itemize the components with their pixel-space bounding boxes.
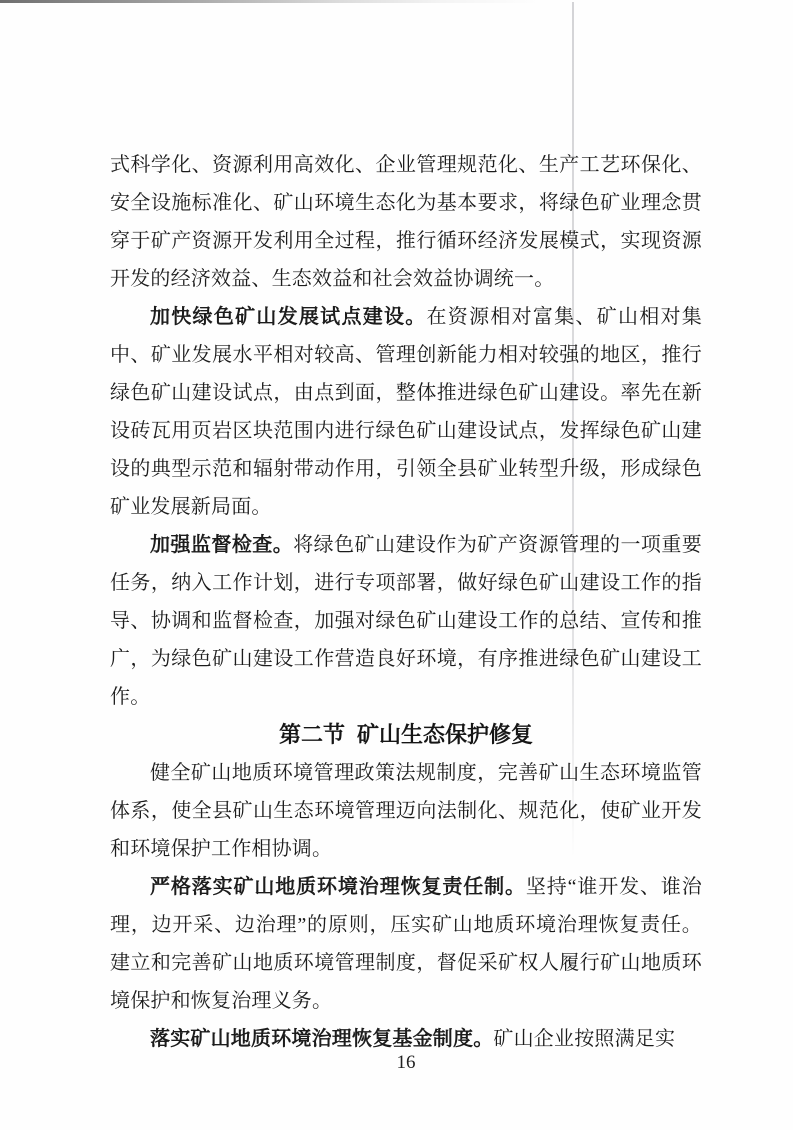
paragraph-text: 健全矿山地质环境管理政策法规制度，完善矿山生态环境监管体系，使全县矿山生态环境管… bbox=[110, 762, 702, 860]
section-heading-title: 矿山生态保护修复 bbox=[357, 722, 533, 747]
section-heading: 第二节矿山生态保护修复 bbox=[110, 716, 702, 754]
body-paragraph: 加快绿色矿山发展试点建设。在资源相对富集、矿山相对集中、矿业发展水平相对较高、管… bbox=[110, 298, 702, 526]
text-column: 式科学化、资源利用高效化、企业管理规范化、生产工艺环保化、安全设施标准化、矿山环… bbox=[110, 146, 702, 1058]
body-paragraph: 健全矿山地质环境管理政策法规制度，完善矿山生态环境监管体系，使全县矿山生态环境管… bbox=[110, 754, 702, 868]
paragraph-lead: 落实矿山地质环境治理恢复基金制度。 bbox=[150, 1028, 493, 1050]
paragraph-text: 在资源相对富集、矿山相对集中、矿业发展水平相对较高、管理创新能力相对较强的地区，… bbox=[110, 306, 702, 518]
body-paragraph: 加强监督检查。将绿色矿山建设作为矿产资源管理的一项重要任务，纳入工作计划，进行专… bbox=[110, 526, 702, 716]
paragraph-lead: 加强监督检查。 bbox=[150, 534, 293, 556]
paragraph-text: 式科学化、资源利用高效化、企业管理规范化、生产工艺环保化、安全设施标准化、矿山环… bbox=[110, 154, 702, 290]
paragraph-lead: 严格落实矿山地质环境治理恢复责任制。 bbox=[150, 876, 526, 898]
page-number: 16 bbox=[110, 1048, 702, 1078]
document-page: 式科学化、资源利用高效化、企业管理规范化、生产工艺环保化、安全设施标准化、矿山环… bbox=[0, 0, 793, 1130]
scan-artifact-top-edge bbox=[0, 0, 540, 3]
paragraph-text: 将绿色矿山建设作为矿产资源管理的一项重要任务，纳入工作计划，进行专项部署，做好绿… bbox=[110, 534, 702, 708]
section-heading-number: 第二节 bbox=[279, 722, 345, 747]
paragraph-lead: 加快绿色矿山发展试点建设。 bbox=[150, 306, 427, 328]
body-paragraph: 严格落实矿山地质环境治理恢复责任制。坚持“谁开发、谁治理，边开采、边治理”的原则… bbox=[110, 868, 702, 1020]
paragraph-text: 矿山企业按照满足实 bbox=[493, 1028, 675, 1050]
body-paragraph: 式科学化、资源利用高效化、企业管理规范化、生产工艺环保化、安全设施标准化、矿山环… bbox=[110, 146, 702, 298]
